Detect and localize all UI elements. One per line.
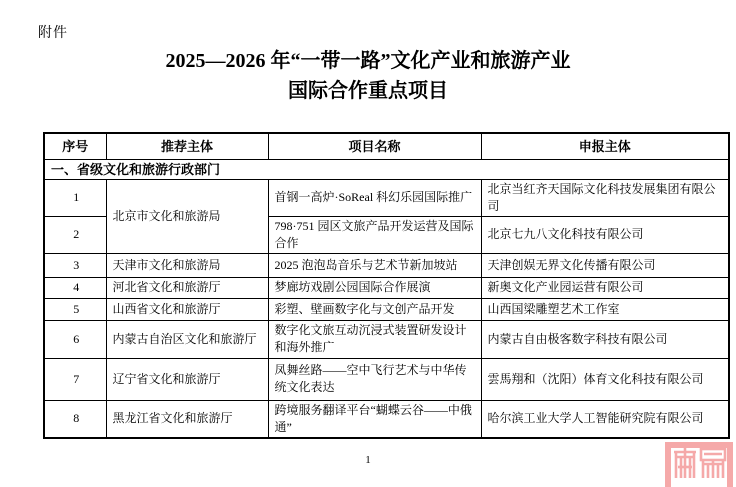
header-project: 项目名称 (268, 133, 481, 159)
section-title: 一、省级文化和旅游行政部门 (44, 159, 729, 179)
table-row: 4 河北省文化和旅游厅 梦廊坊戏剧公园国际合作展演 新奥文化产业园运营有限公司 (44, 277, 729, 298)
cell-applicant: 新奥文化产业园运营有限公司 (481, 277, 729, 298)
cell-no: 1 (44, 179, 106, 216)
cell-applicant: 内蒙古自由极客数字科技有限公司 (481, 320, 729, 358)
cell-applicant: 哈尔滨工业大学人工智能研究院有限公司 (481, 400, 729, 438)
cell-applicant: 北京当红齐天国际文化科技发展集团有限公司 (481, 179, 729, 216)
cell-recommender: 辽宁省文化和旅游厅 (106, 358, 268, 400)
cell-applicant: 天津创娱无界文化传播有限公司 (481, 253, 729, 277)
cell-recommender: 北京市文化和旅游局 (106, 179, 268, 253)
table-row: 8 黑龙江省文化和旅游厅 跨境服务翻译平台“蝴蝶云谷——中俄通” 哈尔滨工业大学… (44, 400, 729, 438)
table-row: 1 北京市文化和旅游局 首钢一高炉·SoReal 科幻乐园国际推广 北京当红齐天… (44, 179, 729, 216)
page-number: 1 (0, 454, 736, 466)
cell-no: 4 (44, 277, 106, 298)
cell-recommender: 天津市文化和旅游局 (106, 253, 268, 277)
attachment-label: 附件 (38, 22, 68, 42)
cell-recommender: 内蒙古自治区文化和旅游厅 (106, 320, 268, 358)
header-applicant: 申报主体 (481, 133, 729, 159)
cell-project: 彩塑、壁画数字化与文创产品开发 (268, 298, 481, 320)
cell-applicant: 雲馬翔和（沈阳）体育文化科技有限公司 (481, 358, 729, 400)
cell-recommender: 河北省文化和旅游厅 (106, 277, 268, 298)
cell-no: 6 (44, 320, 106, 358)
cell-project: 2025 泡泡岛音乐与艺术节新加坡站 (268, 253, 481, 277)
cell-project: 首钢一高炉·SoReal 科幻乐园国际推广 (268, 179, 481, 216)
document-page: 附件 2025—2026 年“一带一路”文化产业和旅游产业 国际合作重点项目 序… (0, 0, 736, 487)
table-row: 6 内蒙古自治区文化和旅游厅 数字化文旅互动沉浸式装置研发设计和海外推广 内蒙古… (44, 320, 729, 358)
table-row: 5 山西省文化和旅游厅 彩塑、壁画数字化与文创产品开发 山西国梁雕塑艺术工作室 (44, 298, 729, 320)
cell-recommender: 黑龙江省文化和旅游厅 (106, 400, 268, 438)
cell-project: 梦廊坊戏剧公园国际合作展演 (268, 277, 481, 298)
title-line-1: 2025—2026 年“一带一路”文化产业和旅游产业 (0, 46, 736, 76)
section-row: 一、省级文化和旅游行政部门 (44, 159, 729, 179)
cell-project: 凤舞丝路——空中飞行艺术与中华传统文化表达 (268, 358, 481, 400)
cell-no: 8 (44, 400, 106, 438)
projects-table: 序号 推荐主体 项目名称 申报主体 一、省级文化和旅游行政部门 1 北京市文化和… (43, 132, 730, 439)
cell-project: 数字化文旅互动沉浸式装置研发设计和海外推广 (268, 320, 481, 358)
table-header-row: 序号 推荐主体 项目名称 申报主体 (44, 133, 729, 159)
cell-applicant: 北京七九八文化科技有限公司 (481, 216, 729, 253)
cell-project: 跨境服务翻译平台“蝴蝶云谷——中俄通” (268, 400, 481, 438)
table-row: 7 辽宁省文化和旅游厅 凤舞丝路——空中飞行艺术与中华传统文化表达 雲馬翔和（沈… (44, 358, 729, 400)
cell-project: 798·751 园区文旅产品开发运营及国际合作 (268, 216, 481, 253)
title-line-2: 国际合作重点项目 (0, 76, 736, 106)
cell-no: 3 (44, 253, 106, 277)
document-title: 2025—2026 年“一带一路”文化产业和旅游产业 国际合作重点项目 (0, 46, 736, 106)
cell-recommender: 山西省文化和旅游厅 (106, 298, 268, 320)
cell-no: 5 (44, 298, 106, 320)
cell-no: 2 (44, 216, 106, 253)
header-no: 序号 (44, 133, 106, 159)
header-recommender: 推荐主体 (106, 133, 268, 159)
cell-no: 7 (44, 358, 106, 400)
table-row: 3 天津市文化和旅游局 2025 泡泡岛音乐与艺术节新加坡站 天津创娱无界文化传… (44, 253, 729, 277)
cell-applicant: 山西国梁雕塑艺术工作室 (481, 298, 729, 320)
red-seal-watermark-icon (663, 440, 736, 487)
